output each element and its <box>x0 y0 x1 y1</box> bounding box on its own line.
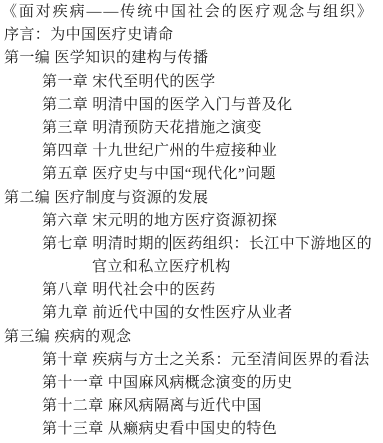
toc-line[interactable]: 序言：为中国医疗史请命 <box>4 24 383 47</box>
toc-line-text: 序言：为中国医疗史请命 <box>4 27 173 43</box>
toc-line-text: 第四章 十九世纪广州的牛痘接种业 <box>42 143 277 159</box>
toc-line[interactable]: 第十三章 从癞病史看中国史的特色 <box>4 418 383 441</box>
toc-line[interactable]: 第八章 明代社会中的医药 <box>4 279 383 302</box>
toc-line[interactable]: 第十章 疾病与方士之关系：元至清间医界的看法 <box>4 349 383 372</box>
toc-lines: 《面对疾病——传统中国社会的医疗观念与组织》序言：为中国医疗史请命第一编 医学知… <box>4 1 383 442</box>
toc-line[interactable]: 第七章 明清时期的医药组织：长江中下游地区的 <box>4 233 383 256</box>
toc-line-text: 第二章 明清中国的医学入门与普及化 <box>42 97 293 113</box>
toc-line-text-after-caret: 医药组织：长江中下游地区的 <box>172 236 372 252</box>
toc-line-text: 第一编 医学知识的建构与传播 <box>4 50 208 66</box>
toc-line[interactable]: 第二编 医疗制度与资源的发展 <box>4 187 383 210</box>
toc-line-text: 第八章 明代社会中的医药 <box>42 282 216 298</box>
toc-line[interactable]: 第九章 前近代中国的女性医疗从业者 <box>4 302 383 325</box>
toc-line-text: 第十三章 从癞病史看中国史的特色 <box>42 421 277 437</box>
toc-line-text: 第二编 医疗制度与资源的发展 <box>4 190 208 206</box>
document-page: 《面对疾病——传统中国社会的医疗观念与组织》序言：为中国医疗史请命第一编 医学知… <box>0 0 383 443</box>
toc-line[interactable]: 第三编 疾病的观念 <box>4 326 383 349</box>
book-title-line[interactable]: 《面对疾病——传统中国社会的医疗观念与组织》 <box>2 1 383 24</box>
toc-line[interactable]: 第三章 明清预防天花措施之演变 <box>4 117 383 140</box>
toc-line[interactable]: 第二章 明清中国的医学入门与普及化 <box>4 94 383 117</box>
toc-line-text: 官立和私立医疗机构 <box>92 259 231 275</box>
toc-line-text: 第十章 疾病与方士之关系：元至清间医界的看法 <box>42 352 370 368</box>
toc-line-text: 第五章 医疗史与中国“现代化”问题 <box>42 166 276 182</box>
toc-line-text: 第三章 明清预防天花措施之演变 <box>42 120 262 136</box>
toc-line[interactable]: 第六章 宋元明的地方医疗资源初探 <box>4 210 383 233</box>
toc-line[interactable]: 官立和私立医疗机构 <box>4 256 383 279</box>
toc-line[interactable]: 第一章 宋代至明代的医学 <box>4 71 383 94</box>
toc-line-text: 第九章 前近代中国的女性医疗从业者 <box>42 305 293 321</box>
toc-line-text: 第六章 宋元明的地方医疗资源初探 <box>42 213 277 229</box>
toc-line-text: 第十二章 麻风病隔离与近代中国 <box>42 398 262 414</box>
toc-line-text: 第一章 宋代至明代的医学 <box>42 74 216 90</box>
toc-line-text: 第十一章 中国麻风病概念演变的历史 <box>42 375 293 391</box>
toc-line-text: 第三编 疾病的观念 <box>4 329 131 345</box>
toc-line[interactable]: 第一编 医学知识的建构与传播 <box>4 47 383 70</box>
toc-line[interactable]: 第四章 十九世纪广州的牛痘接种业 <box>4 140 383 163</box>
toc-line-text-before-caret: 第七章 明清时期的 <box>42 236 169 252</box>
toc-line[interactable]: 第五章 医疗史与中国“现代化”问题 <box>4 163 383 186</box>
toc-line[interactable]: 第十二章 麻风病隔离与近代中国 <box>4 395 383 418</box>
toc-line-text: 《面对疾病——传统中国社会的医疗观念与组织》 <box>2 4 374 20</box>
toc-line[interactable]: 第十一章 中国麻风病概念演变的历史 <box>4 372 383 395</box>
